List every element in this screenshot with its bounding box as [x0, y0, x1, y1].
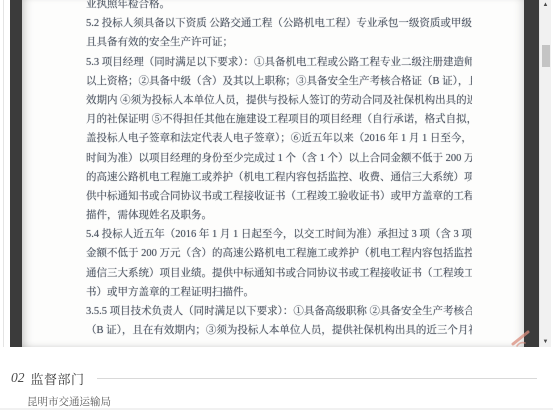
document-line: 业执照年检合格。: [86, 0, 472, 14]
red-seal-mark: [509, 327, 533, 347]
scrollbar-thumb[interactable]: [542, 45, 550, 67]
document-line: 金额不低于 200 万元（含）的高速公路机电工程施工或养护（机电工程内容包括监控…: [86, 244, 472, 263]
scroll-down-button[interactable]: ▼: [540, 337, 551, 347]
document-line: 3.5.5 项目技术负责人（同时满足以下要求）：①具备高级职称 ②具备安全生产考…: [86, 302, 472, 321]
document-line: 以上资格；②具备中级（含）及其以上职称；③具备安全生产考核合格证（B 证），且在…: [86, 72, 472, 91]
document-line: 且具备有效的安全生产许可证；: [86, 33, 472, 52]
pdf-viewer[interactable]: 业执照年检合格。5.2 投标人须具备以下资质 公路交通工程（公路机电工程）专业承…: [10, 0, 551, 347]
scroll-up-icon: ▲: [543, 2, 549, 8]
viewer-scrollbar[interactable]: ▲ ▼: [539, 0, 551, 347]
document-line: 5.2 投标人须具备以下资质 公路交通工程（公路机电工程）专业承包一级资质或甲级…: [86, 14, 472, 33]
document-line: （B 证），且在有效期内；③须为投标人本单位人员，提供社保机构出具的近三个月社保…: [86, 321, 472, 340]
document-page: 业执照年检合格。5.2 投标人须具备以下资质 公路交通工程（公路机电工程）专业承…: [22, 0, 524, 347]
document-line: 5.4 投标人近五年（2016 年 1 月 1 日起至今，以交工时间为准）承担过…: [86, 225, 472, 244]
document-line: 通信三大系统）项目业绩。提供中标通知书或合同协议书或工程接收证书（工程竣工验收证: [86, 264, 472, 283]
document-line: 书）或甲方盖章的工程证明扫描件。: [86, 283, 472, 302]
document-line: 月的社保证明 ⑤不得担任其他在施建设工程项目的项目经理（自行承诺，格式自拟，并加: [86, 110, 472, 129]
document-text: 业执照年检合格。5.2 投标人须具备以下资质 公路交通工程（公路机电工程）专业承…: [86, 0, 472, 340]
document-line: 效期内 ④须为投标人本单位人员，提供与投标人签订的劳动合同及社保机构出具的近三个: [86, 91, 472, 110]
document-line: 5.3 项目经理（同时满足以下要求）：①具备机电工程或公路工程专业二级注册建造师…: [86, 53, 472, 72]
section-supervisory-department: 02 监督部门 昆明市交通运输局: [0, 347, 553, 408]
section-divider-line: [97, 378, 537, 379]
section-title: 监督部门: [31, 369, 85, 388]
section-content: 昆明市交通运输局: [27, 394, 111, 409]
scroll-up-button[interactable]: ▲: [540, 0, 551, 10]
document-line: 描件，需体现姓名及职务。: [86, 206, 472, 225]
scroll-down-icon: ▼: [543, 339, 549, 345]
document-line: 时间为准）以项目经理的身份至少完成过 1 个（含 1 个）以上合同金额不低于 2…: [86, 149, 472, 168]
document-line: 的高速公路机电工程施工或养护（机电工程内容包括监控、收费、通信三大系统）项目，提: [86, 168, 472, 187]
section-number: 02: [11, 370, 25, 386]
section-header: 02 监督部门: [11, 369, 537, 387]
document-line: 盖投标人电子签章和法定代表人电子签章）；⑥近五年以来（2016 年 1 月 1 …: [86, 129, 472, 148]
document-line: 供中标通知书或合同协议书或工程接收证书（工程竣工验收证书）或甲方盖章的工程证明扫: [86, 187, 472, 206]
